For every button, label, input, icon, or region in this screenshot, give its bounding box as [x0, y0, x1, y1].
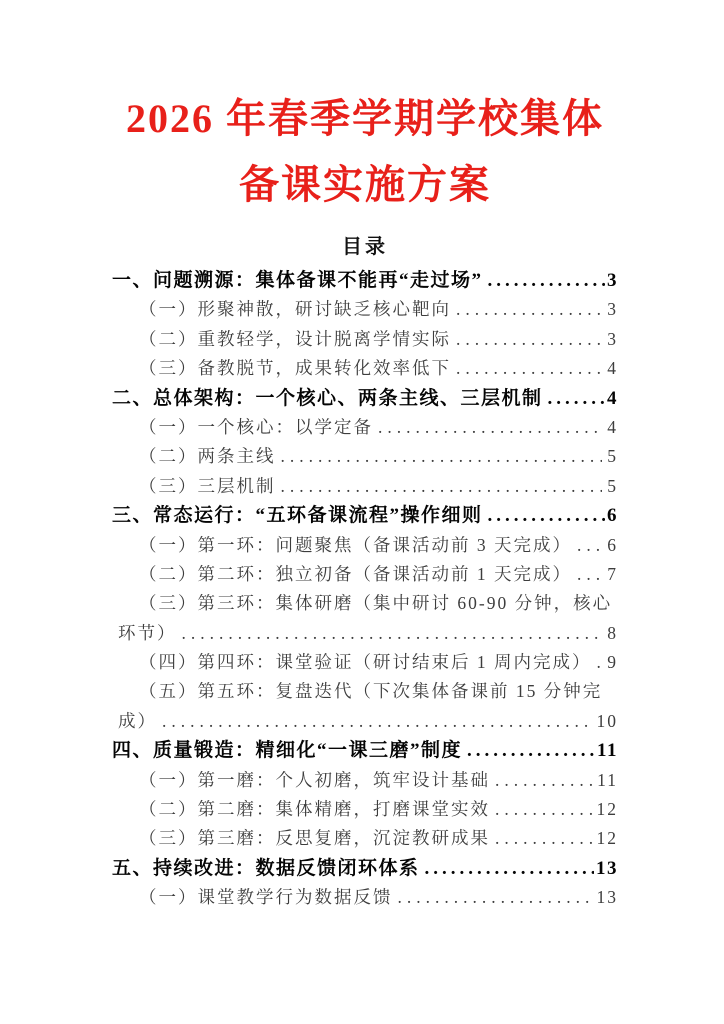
toc-dot-leader	[276, 442, 603, 471]
toc-entry[interactable]: （三）第三磨：反思复磨，沉淀教研成果12	[112, 824, 618, 853]
toc-page-number: 7	[602, 560, 618, 589]
toc-dot-leader	[592, 648, 603, 677]
toc-page-number: 3	[605, 266, 618, 295]
toc-entry[interactable]: （三）第三环：集体研磨（集中研讨 60-90 分钟，核心	[112, 589, 618, 618]
toc-entry[interactable]: （四）第四环：课堂验证（研讨结束后 1 周内完成）9	[112, 648, 618, 677]
toc-dot-leader	[572, 531, 602, 560]
toc-page-number: 12	[592, 824, 619, 853]
toc-page-number: 3	[602, 325, 618, 354]
toc-dot-leader	[490, 824, 592, 853]
toc-page-number: 11	[595, 736, 618, 765]
toc-entry-label: （二）重教轻学，设计脱离学情实际	[139, 325, 451, 354]
toc-dot-leader	[393, 883, 592, 912]
toc-entry[interactable]: （一）第一环：问题聚焦（备课活动前 3 天完成）6	[112, 531, 618, 560]
toc-entry-label: 二、总体架构：一个核心、两条主线、三层机制	[112, 384, 543, 413]
document-page: 2026 年春季学期学校集体 备课实施方案 目录 一、问题溯源：集体备课不能再“…	[0, 0, 724, 1024]
toc-entry-label: （一）课堂教学行为数据反馈	[139, 883, 393, 912]
toc-entry[interactable]: 四、质量锻造：精细化“一课三磨”制度11	[112, 736, 618, 765]
doc-title-line1: 2026 年春季学期学校集体	[112, 86, 618, 152]
toc-entry[interactable]: （一）一个核心：以学定备4	[112, 413, 618, 442]
toc-entry[interactable]: （二）重教轻学，设计脱离学情实际3	[112, 325, 618, 354]
toc-page-number: 4	[605, 384, 618, 413]
toc-entry-label: （一）一个核心：以学定备	[139, 413, 373, 442]
toc-heading: 目录	[112, 232, 618, 262]
toc-entry-label: 四、质量锻造：精细化“一课三磨”制度	[112, 736, 462, 765]
toc-page-number: 5	[602, 472, 618, 501]
toc-entry-label: （二）第二磨：集体精磨，打磨课堂实效	[139, 795, 490, 824]
toc-page-number: 11	[592, 766, 618, 795]
toc-entry[interactable]: 二、总体架构：一个核心、两条主线、三层机制4	[112, 384, 618, 413]
toc-dot-leader	[572, 560, 602, 589]
toc-entry-label: （五）第五环：复盘迭代（下次集体备课前 15 分钟完	[139, 677, 602, 706]
toc-dot-leader	[490, 795, 592, 824]
toc-page-number: 5	[602, 442, 618, 471]
toc-entry-label: （一）第一环：问题聚焦（备课活动前 3 天完成）	[139, 531, 572, 560]
toc-entry[interactable]: 五、持续改进：数据反馈闭环体系13	[112, 854, 618, 883]
toc-page-number: 13	[594, 854, 618, 883]
toc-dot-leader	[373, 413, 602, 442]
doc-title-line2: 备课实施方案	[112, 152, 618, 218]
toc-entry-label: （三）备教脱节，成果转化效率低下	[139, 354, 451, 383]
toc-page-number: 6	[602, 531, 618, 560]
toc-entry[interactable]: （一）第一磨：个人初磨，筑牢设计基础11	[112, 766, 618, 795]
toc-entry[interactable]: （五）第五环：复盘迭代（下次集体备课前 15 分钟完	[112, 677, 618, 706]
toc-entry-label: （四）第四环：课堂验证（研讨结束后 1 周内完成）	[139, 648, 592, 677]
toc-entry-label: （三）三层机制	[139, 472, 276, 501]
toc-entry-label: （三）第三磨：反思复磨，沉淀教研成果	[139, 824, 490, 853]
toc-dot-leader	[451, 325, 602, 354]
toc-entry-label: 五、持续改进：数据反馈闭环体系	[112, 854, 420, 883]
toc-page-number: 6	[605, 501, 618, 530]
toc-page-number: 10	[592, 707, 619, 736]
toc-dot-leader	[276, 472, 603, 501]
toc-entry[interactable]: 一、问题溯源：集体备课不能再“走过场”3	[112, 266, 618, 295]
toc-entry[interactable]: 环节）8	[112, 619, 618, 648]
toc-dot-leader	[490, 766, 592, 795]
toc-entry-label: （二）第二环：独立初备（备课活动前 1 天完成）	[139, 560, 572, 589]
toc-entry[interactable]: （一）课堂教学行为数据反馈13	[112, 883, 618, 912]
toc-dot-leader	[543, 384, 605, 413]
toc-entry[interactable]: （三）三层机制5	[112, 472, 618, 501]
toc-entry-label: （三）第三环：集体研磨（集中研讨 60-90 分钟，核心	[139, 589, 612, 618]
toc-entry-label: 三、常态运行：“五环备课流程”操作细则	[112, 501, 483, 530]
toc-dot-leader	[451, 295, 602, 324]
toc-dot-leader	[420, 854, 594, 883]
toc-entry-label: 成）	[118, 707, 157, 736]
toc-entry[interactable]: （二）第二环：独立初备（备课活动前 1 天完成）7	[112, 560, 618, 589]
toc-entry-label: （一）形聚神散，研讨缺乏核心靶向	[139, 295, 451, 324]
toc-entry-label: 一、问题溯源：集体备课不能再“走过场”	[112, 266, 483, 295]
toc-entry[interactable]: （二）第二磨：集体精磨，打磨课堂实效12	[112, 795, 618, 824]
toc-entry[interactable]: （三）备教脱节，成果转化效率低下4	[112, 354, 618, 383]
toc-entry-label: （一）第一磨：个人初磨，筑牢设计基础	[139, 766, 490, 795]
toc-page-number: 12	[592, 795, 619, 824]
toc-dot-leader	[157, 707, 592, 736]
toc-entry-label: 环节）	[118, 619, 177, 648]
toc-dot-leader	[483, 501, 605, 530]
toc-dot-leader	[483, 266, 605, 295]
toc-entry[interactable]: 成）10	[112, 707, 618, 736]
toc-page-number: 4	[602, 413, 618, 442]
toc-page-number: 9	[602, 648, 618, 677]
toc-dot-leader	[462, 736, 595, 765]
toc-page-number: 8	[602, 619, 618, 648]
toc-dot-leader	[451, 354, 602, 383]
toc-entry[interactable]: （二）两条主线5	[112, 442, 618, 471]
toc-page-number: 3	[602, 295, 618, 324]
toc-dot-leader	[177, 619, 603, 648]
doc-title: 2026 年春季学期学校集体 备课实施方案	[112, 86, 618, 218]
toc-entry[interactable]: （一）形聚神散，研讨缺乏核心靶向3	[112, 295, 618, 324]
toc-page-number: 13	[592, 883, 619, 912]
toc-entry-label: （二）两条主线	[139, 442, 276, 471]
toc-entry[interactable]: 三、常态运行：“五环备课流程”操作细则6	[112, 501, 618, 530]
toc-list: 一、问题溯源：集体备课不能再“走过场”3（一）形聚神散，研讨缺乏核心靶向3（二）…	[112, 266, 618, 913]
toc-page-number: 4	[602, 354, 618, 383]
